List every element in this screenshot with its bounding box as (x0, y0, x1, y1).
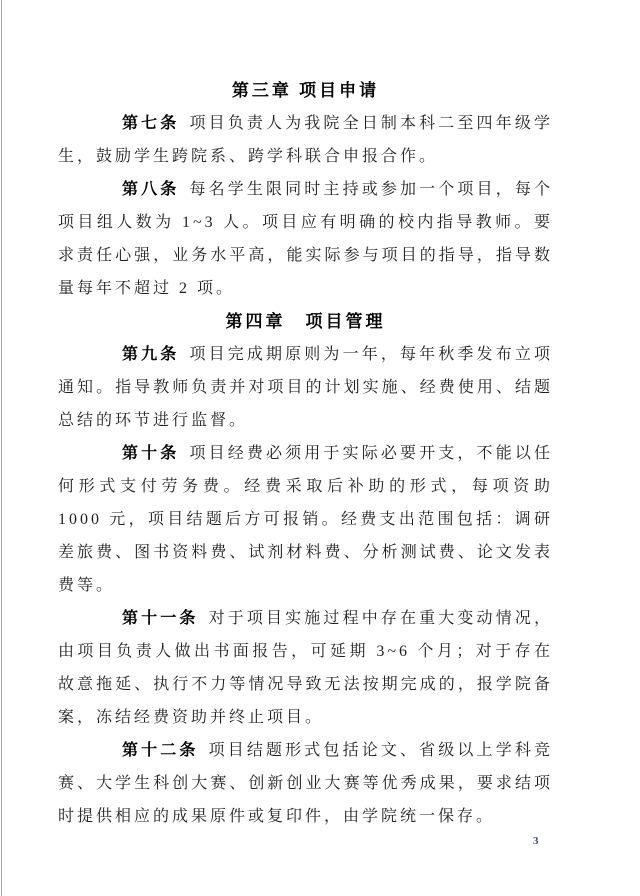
article-11: 第十一条对于项目实施过程中存在重大变动情况，由项目负责人做出书面报告，可延期 3… (58, 602, 553, 734)
scan-edge-line (1, 0, 2, 896)
article-9-label: 第九条 (122, 346, 179, 363)
article-10-text: 项目经费必须用于实际必要开支，不能以任何形式支付劳务费。经费采取后补助的形式，每… (58, 445, 553, 594)
article-10: 第十条项目经费必须用于实际必要开支，不能以任何形式支付劳务费。经费采取后补助的形… (58, 437, 553, 602)
article-12-label: 第十二条 (122, 742, 199, 759)
article-9: 第九条项目完成期原则为一年，每年秋季发布立项通知。指导教师负责并对项目的计划实施… (58, 338, 553, 437)
article-12: 第十二条项目结题形式包括论文、省级以上学科竞赛、大学生科创大赛、创新创业大赛等优… (58, 734, 553, 833)
document-page: 第三章 项目申请 第七条项目负责人为我院全日制本科二至四年级学生，鼓励学生跨院系… (0, 0, 640, 896)
article-11-label: 第十一条 (122, 610, 199, 627)
chapter-heading-3: 第三章 项目申请 (58, 74, 553, 107)
article-7: 第七条项目负责人为我院全日制本科二至四年级学生，鼓励学生跨院系、跨学科联合申报合… (58, 107, 553, 173)
article-10-label: 第十条 (122, 445, 179, 462)
article-8: 第八条每名学生限同时主持或参加一个项目，每个项目组人数为 1~3 人。项目应有明… (58, 173, 553, 305)
article-7-label: 第七条 (122, 115, 179, 132)
chapter-heading-4: 第四章 项目管理 (58, 305, 553, 338)
page-number: 3 (533, 834, 539, 848)
article-8-label: 第八条 (122, 181, 179, 198)
article-11-text: 对于项目实施过程中存在重大变动情况，由项目负责人做出书面报告，可延期 3~6 个… (58, 610, 553, 726)
document-body: 第三章 项目申请 第七条项目负责人为我院全日制本科二至四年级学生，鼓励学生跨院系… (58, 74, 553, 833)
article-8-text: 每名学生限同时主持或参加一个项目，每个项目组人数为 1~3 人。项目应有明确的校… (58, 181, 553, 297)
